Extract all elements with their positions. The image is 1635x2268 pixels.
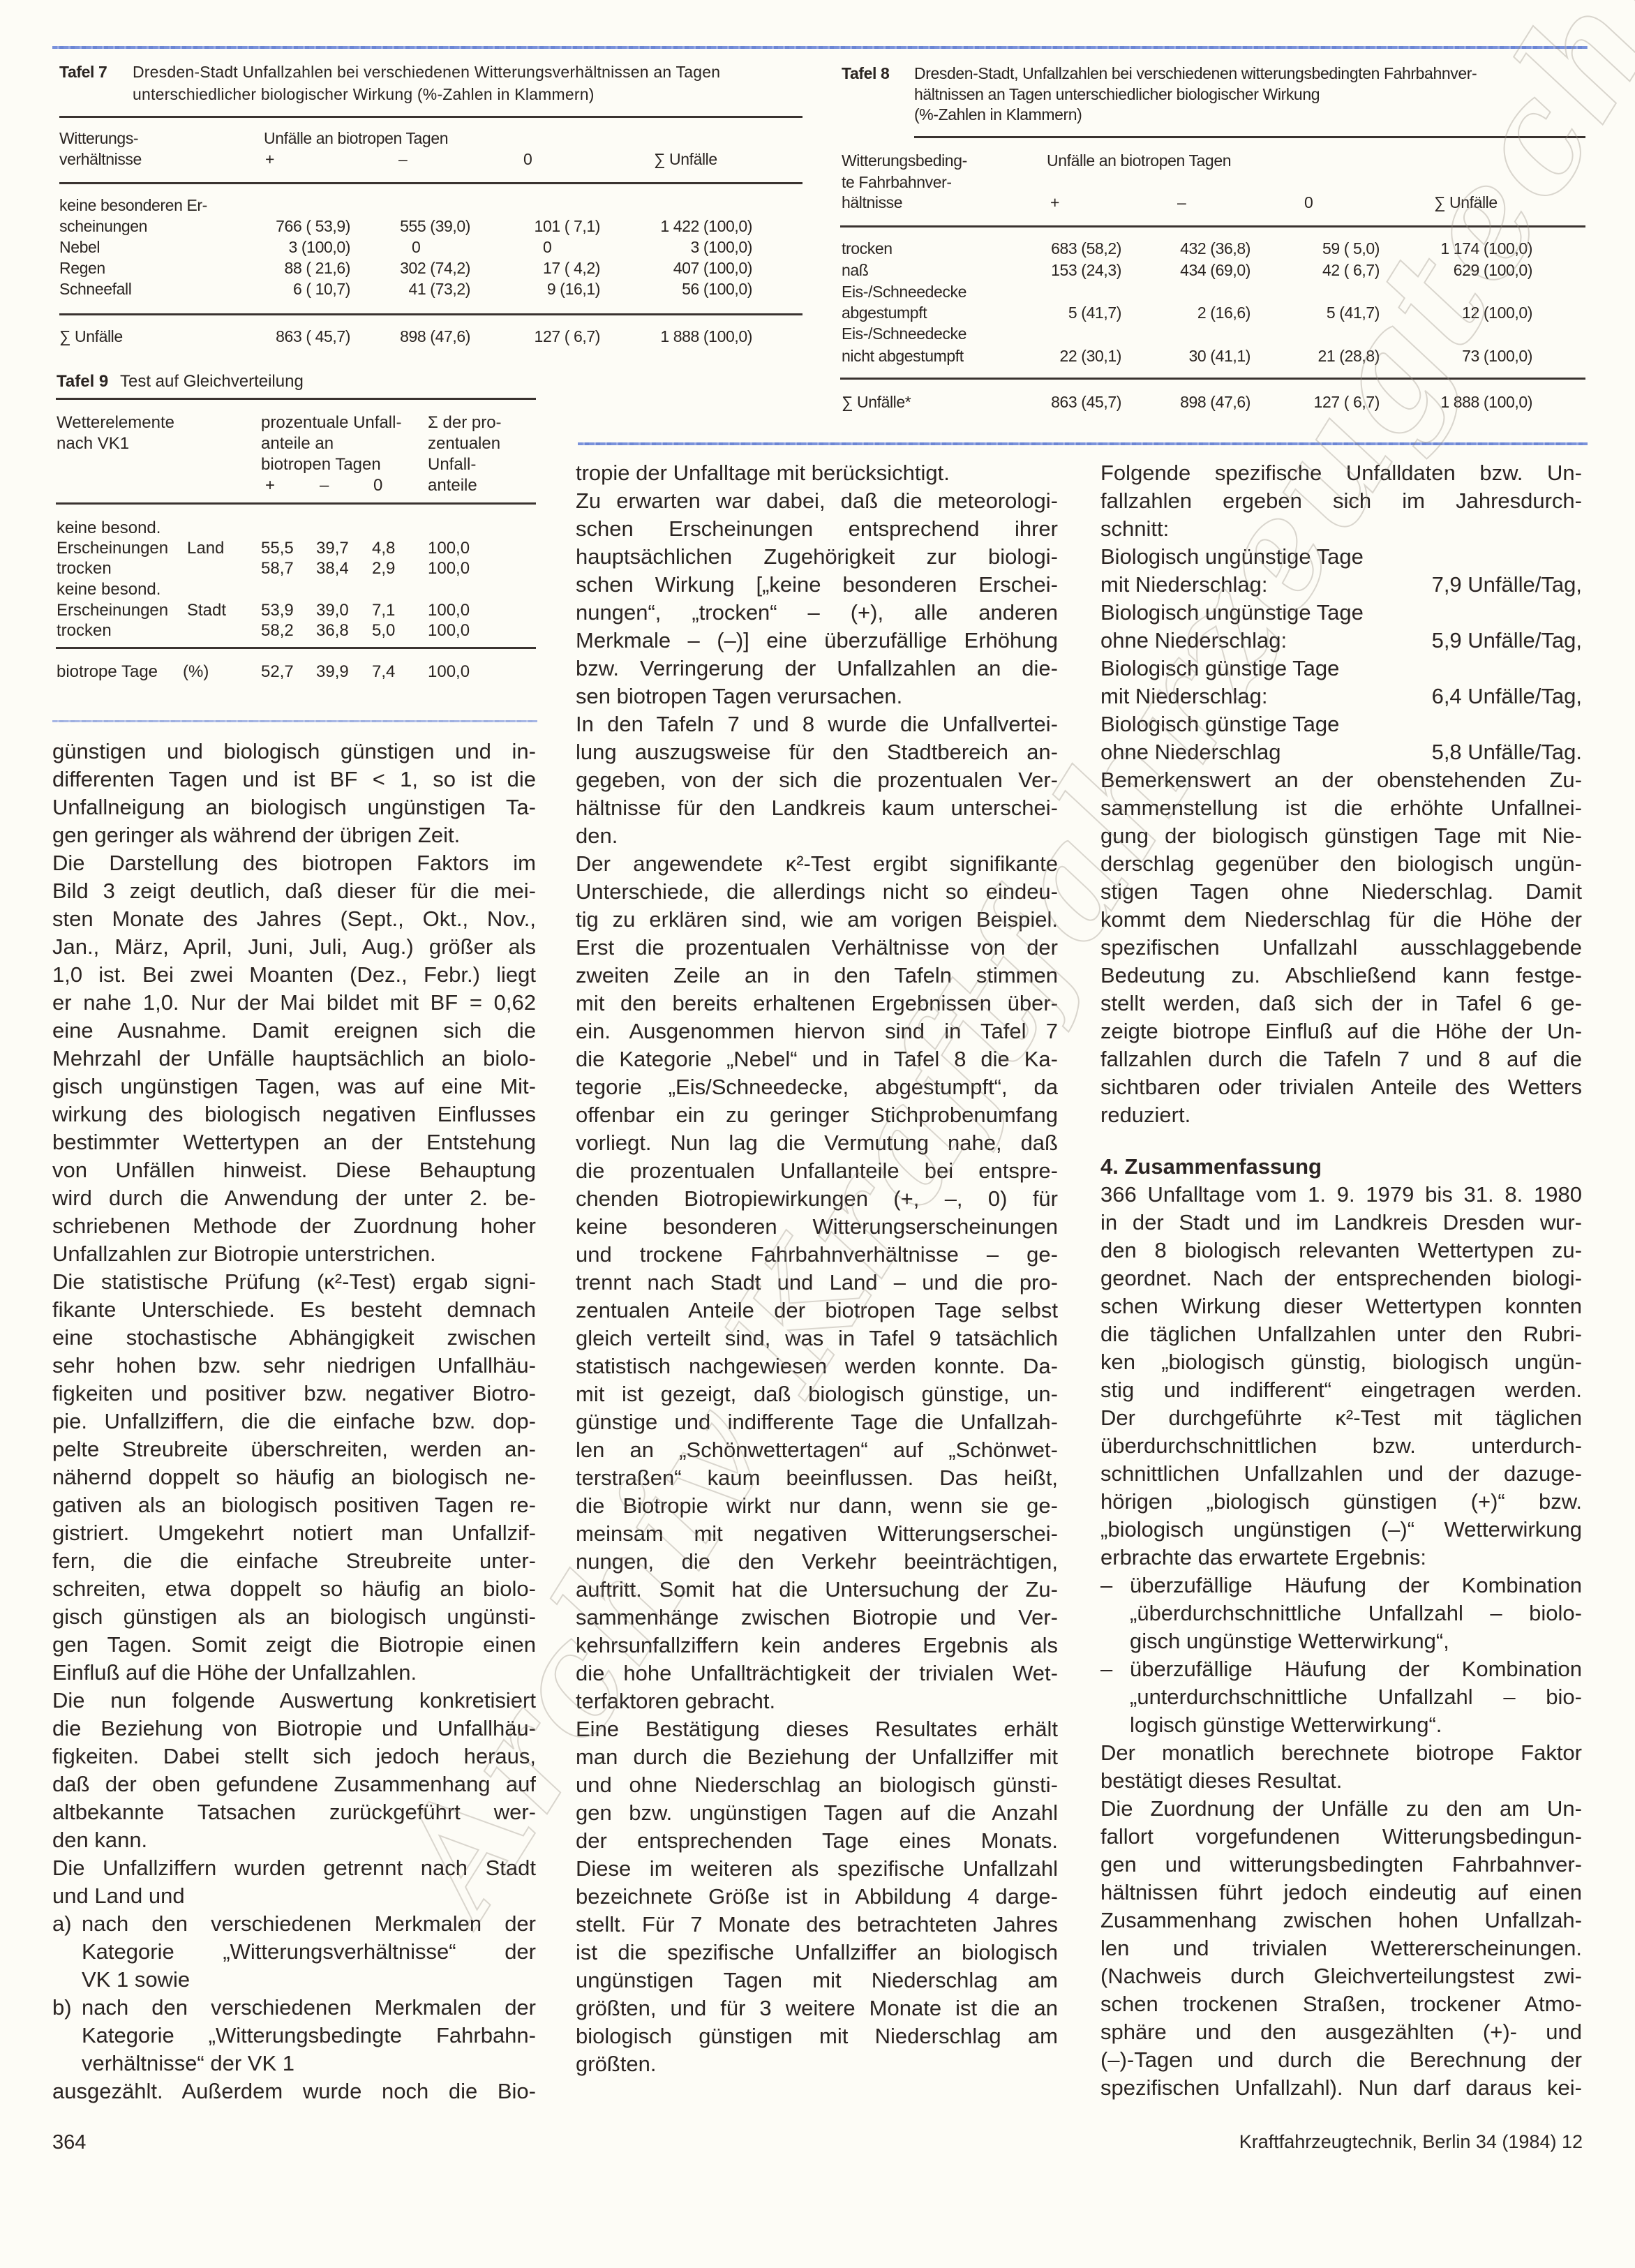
- text-line: Bedeutung zu. Abschließend kann festge-: [1100, 962, 1582, 990]
- text-line: terstraßen“ kaum beeinflussen. Das heißt…: [576, 1464, 1058, 1492]
- tafel9-row1-minus: 39,7: [316, 538, 349, 559]
- text-line: Unfallneigung an biologisch ungünstigen …: [52, 793, 536, 821]
- text-line: günstigen und biologisch günstigen und i…: [52, 738, 536, 766]
- tafel9-total-label: biotrope Tage: [57, 662, 158, 682]
- text-line: bestätigt dieses Resultat.: [1100, 1767, 1582, 1795]
- text-line: fern, die die einfache Streubreite unter…: [52, 1547, 536, 1575]
- text-line: offenbar ein zu geringer Stichprobenumfa…: [576, 1101, 1058, 1129]
- text-line: sehr hohen bzw. sehr niedrigen Unfallhäu…: [52, 1352, 536, 1380]
- list-item-text: Kategorie „Witterungsbedingte Fahrbahn-: [82, 2022, 536, 2050]
- tafel8-row2-plus: 153 (24,3): [1051, 260, 1121, 281]
- tafel9-header-col2-line3: biotropen Tagen: [261, 454, 381, 475]
- list-item-text: logisch günstige Wetterwirkung“.: [1130, 1711, 1582, 1739]
- tafel9-header-col1-line1: Wetterelemente: [57, 412, 174, 433]
- list-item-text: „unterdurchschnittliche Unfallzahl – bio…: [1130, 1683, 1582, 1711]
- text-line: gen geringer als während der übrigen Zei…: [52, 821, 536, 849]
- tafel7-row1-label1: keine besonderen Er-: [59, 195, 207, 216]
- rate-item-condition: mit Niederschlag:: [1100, 682, 1267, 710]
- tafel7-row4-plus: 6 ( 10,7): [293, 278, 350, 299]
- tafel7-label: Tafel 7: [59, 61, 107, 82]
- text-line: altbekannte Tatsachen zurückgeführt wer-: [52, 1798, 536, 1826]
- text-line: gen Tagen. Somit zeigt die Biotropie ein…: [52, 1631, 536, 1659]
- text-line: Merkmale – (–)] eine überzufällige Erhöh…: [576, 627, 1058, 655]
- tafel8-row1-zero: 59 ( 5,0): [1322, 238, 1380, 259]
- tafel7-row2-minus: 0: [412, 237, 420, 258]
- text-line: fallzahlen ergeben sich im Jahresdurch-: [1100, 487, 1582, 515]
- tafel9-row2-plus: 58,7: [261, 558, 294, 579]
- tafel9-row2-zero: 2,9: [372, 558, 395, 579]
- rate-item-label: Biologisch ungünstige Tage: [1100, 543, 1582, 571]
- text-line: tig zu erklären sind, wie am vorigen Bei…: [576, 906, 1058, 934]
- text-line: bestimmter Wettertypen an der Entstehung: [52, 1128, 536, 1156]
- tafel9-total-unit: (%): [183, 662, 209, 682]
- text-line: in der Stadt und im Landkreis Dresden wu…: [1100, 1209, 1582, 1237]
- tafel7-row2-sum: 3 (100,0): [691, 237, 752, 258]
- text-line: statistisch nachgewiesen werden konnte. …: [576, 1352, 1058, 1380]
- text-line: erbrachte das erwartete Ergebnis:: [1100, 1544, 1582, 1572]
- column-right-summary: 366 Unfalltage vom 1. 9. 1979 bis 31. 8.…: [1100, 1181, 1582, 2102]
- text-line: Folgende spezifische Unfalldaten bzw. Un…: [1100, 459, 1582, 487]
- list-marker: [52, 2050, 82, 2077]
- rate-item-condition: ohne Niederschlag:: [1100, 627, 1287, 655]
- tafel8-header-sum: ∑ Unfälle: [1434, 192, 1498, 213]
- tafel8-total-label: ∑ Unfälle*: [842, 391, 911, 412]
- tafel9-header-zero: 0: [373, 475, 382, 496]
- tafel7-total-label: ∑ Unfälle: [59, 326, 123, 347]
- rate-item-row: ohne Niederschlag 5,8 Unfälle/Tag.: [1100, 738, 1582, 766]
- tafel9-header-col2-line1: prozentuale Unfall-: [261, 412, 401, 433]
- text-line: ausgezählt. Außerdem wurde noch die Bio-: [52, 2077, 536, 2105]
- text-line: vorliegt. Nun lag die Vermutung nahe, da…: [576, 1129, 1058, 1157]
- list-marker: [1100, 1683, 1130, 1711]
- tafel8-row1-sum: 1 174 (100,0): [1440, 238, 1532, 259]
- tafel9-row1-zero: 4,8: [372, 538, 395, 559]
- tafel7-rule-top: [59, 116, 802, 118]
- tafel9-total-zero: 7,4: [372, 662, 395, 682]
- rate-item-value: 5,8 Unfälle/Tag.: [1373, 738, 1582, 766]
- tafel7-row4-label: Schneefall: [59, 278, 131, 299]
- tafel9-blue-rule: [52, 720, 537, 722]
- text-line: hauptsächlichen Zugehörigkeit zur biolog…: [576, 543, 1058, 571]
- tafel8-row4-label2: nicht abgestumpft: [842, 345, 964, 366]
- column-right: Folgende spezifische Unfalldaten bzw. Un…: [1100, 459, 1582, 2102]
- tafel9-row3-label1: keine besond.: [57, 579, 160, 600]
- rate-item-row: mit Niederschlag: 6,4 Unfälle/Tag,: [1100, 682, 1582, 710]
- tafel8-row3-zero: 5 (41,7): [1327, 302, 1380, 323]
- text-line: die Biotropie wirkt nur dann, wenn sie g…: [576, 1492, 1058, 1520]
- list-marker: a): [52, 1910, 82, 1938]
- rate-item-value: 6,4 Unfälle/Tag,: [1373, 682, 1582, 710]
- tafel9-row2-minus: 38,4: [316, 558, 349, 579]
- text-line: größten, und für 3 weitere Monate ist di…: [576, 1994, 1058, 2022]
- text-line: Die nun folgende Auswertung konkretisier…: [52, 1687, 536, 1715]
- tafel9-row1-label1: keine besond.: [57, 518, 160, 539]
- column-left: günstigen und biologisch günstigen und i…: [52, 738, 536, 2105]
- tafel7-row1-label2: scheinungen: [59, 216, 147, 237]
- journal-citation: Kraftfahrzeugtechnik, Berlin 34 (1984) 1…: [1239, 2131, 1583, 2153]
- tafel7-header-label1: Witterungs-: [59, 128, 138, 149]
- text-line: den kann.: [52, 1826, 536, 1854]
- tafel9-header-col3-line2: zentualen: [428, 433, 500, 454]
- text-line: gung der biologisch günstigen Tage mit N…: [1100, 822, 1582, 850]
- text-line: figkeiten. Dabei stellt sich jedoch hera…: [52, 1743, 536, 1770]
- list-marker: [52, 2022, 82, 2050]
- text-line: Kategorie „Witterungsbedingte Fahrbahn-: [52, 2022, 536, 2050]
- text-line: die prozentualen Unfallanteile bei entsp…: [576, 1157, 1058, 1185]
- text-line: pie. Unfallziffern, die die einfache bzw…: [52, 1408, 536, 1435]
- text-line: differenten Tagen und ist BF < 1, so ist…: [52, 766, 536, 793]
- tafel8-total-sum: 1 888 (100,0): [1440, 391, 1532, 412]
- text-line: ungünstigen Tagen mit Niederschlag am: [576, 1967, 1058, 1994]
- section-spacer: [1100, 1129, 1582, 1153]
- text-line: größten.: [576, 2050, 1058, 2078]
- text-line: Zusammenhang zwischen hohen Unfallzah-: [1100, 1907, 1582, 1934]
- text-line: nähernd doppelt so häufig an biologisch …: [52, 1463, 536, 1491]
- text-line: Jan., März, April, Juni, Juli, Aug.) grö…: [52, 933, 536, 961]
- list-item-text: nach den verschiedenen Merkmalen der: [82, 1994, 536, 2022]
- tafel9-rule-mid: [56, 502, 536, 505]
- text-line: gen bzw. ungünstigen Tagen auf die Anzah…: [576, 1799, 1058, 1827]
- text-line: keine besonderen Witterungserscheinungen: [576, 1213, 1058, 1241]
- rate-item-label: Biologisch günstige Tage: [1100, 710, 1582, 738]
- text-line: ist die spezifische Unfallziffer an biol…: [576, 1939, 1058, 1967]
- tafel9-header-col3-line4: anteile: [428, 475, 477, 496]
- tafel8-row1-label: trocken: [842, 238, 893, 259]
- text-line: „unterdurchschnittliche Unfallzahl – bio…: [1100, 1683, 1582, 1711]
- top-blue-rule: [52, 46, 1588, 49]
- text-line: nungen, die den Verkehr beeinträchtigen,: [576, 1548, 1058, 1576]
- tafel8-total-minus: 898 (47,6): [1180, 391, 1250, 412]
- tafel9-row4-label: trocken: [57, 620, 112, 641]
- column-left-text: günstigen und biologisch günstigen und i…: [52, 738, 536, 2105]
- text-line: man durch die Beziehung der Unfallziffer…: [576, 1743, 1058, 1771]
- list-marker: –: [1100, 1572, 1130, 1599]
- text-line: von Unfällen hinweist. Diese Behauptung: [52, 1156, 536, 1184]
- tafel9-row1-sum: 100,0: [428, 538, 470, 559]
- text-line: Der angewendete κ²-Test ergibt signifika…: [576, 850, 1058, 878]
- tafel8-row2-sum: 629 (100,0): [1454, 260, 1532, 281]
- tafel8-header-plus: +: [1050, 192, 1059, 213]
- tafel8-header-minus: –: [1177, 192, 1186, 213]
- text-line: trennt nach Stadt und Land – und die pro…: [576, 1269, 1058, 1297]
- text-line: reduziert.: [1100, 1101, 1582, 1129]
- tafel8-rule-top: [914, 136, 1585, 138]
- text-line: zweiten Zeile an in den Tafeln stimmen: [576, 962, 1058, 990]
- tafel9-row2-label: trocken: [57, 558, 112, 579]
- text-line: „biologisch ungünstigen (–)“ Wetterwirku…: [1100, 1516, 1582, 1544]
- tafel9-header-col3-line1: Σ der pro-: [428, 412, 502, 433]
- text-line: sammenstellung ist die erhöhte Unfallnei…: [1100, 794, 1582, 822]
- tafel8-header-label1: Witterungsbeding-: [842, 150, 967, 171]
- tafel9-total-plus: 52,7: [261, 662, 294, 682]
- text-line: Die Darstellung des biotropen Faktors im: [52, 849, 536, 877]
- rate-item-value: 7,9 Unfälle/Tag,: [1373, 571, 1582, 599]
- text-line: kommt dem Niederschlag für die Höhe der: [1100, 906, 1582, 934]
- tafel8-row2-zero: 42 ( 6,7): [1322, 260, 1380, 281]
- tafel7-rule-bottom: [59, 313, 802, 315]
- text-line: verhältnisse“ der VK 1: [52, 2050, 536, 2077]
- text-line: Unfallzahlen zur Biotropie unterstrichen…: [52, 1240, 536, 1268]
- text-line: wird durch die Anwendung der unter 2. be…: [52, 1184, 536, 1212]
- text-line: stig und indifferent“ eingetragen werden…: [1100, 1376, 1582, 1404]
- text-line: In den Tafeln 7 und 8 wurde die Unfallve…: [576, 710, 1058, 738]
- tafel7-row4-sum: 56 (100,0): [682, 278, 752, 299]
- text-line: mit den bereits erhaltenen Ergebnissen ü…: [576, 990, 1058, 1017]
- text-line: fikante Unterschiede. Es besteht demnach: [52, 1296, 536, 1324]
- text-line: stellt werden, daß sich der in Tafel 6 g…: [1100, 990, 1582, 1017]
- text-line: die täglichen Unfallzahlen unter den Rub…: [1100, 1320, 1582, 1348]
- text-line: auftritt. Somit hat die Untersuchung der…: [576, 1576, 1058, 1604]
- tafel8-header-zero: 0: [1304, 192, 1313, 213]
- text-line: sen biotropen Tagen verursachen.: [576, 682, 1058, 710]
- rate-item: Biologisch günstige Tage mit Niederschla…: [1100, 655, 1582, 710]
- tafel8-row4-sum: 73 (100,0): [1462, 345, 1532, 366]
- list-item-text: nach den verschiedenen Merkmalen der: [82, 1910, 536, 1938]
- tafel9-header-col2-line2: anteile an: [261, 433, 334, 454]
- text-line: und Land und: [52, 1882, 536, 1910]
- text-line: gativen als an biologisch positiven Tage…: [52, 1491, 536, 1519]
- tafel9-row4-minus: 36,8: [316, 620, 349, 641]
- text-line: (–)-Tagen und durch die Berechnung der: [1100, 2046, 1582, 2074]
- tafel9-header-col3-line3: Unfall-: [428, 454, 476, 475]
- text-line: fallort vorgefundenen Witterungsbedingun…: [1100, 1823, 1582, 1851]
- tafel7-row2-plus: 3 (100,0): [289, 237, 350, 258]
- list-item-text: Kategorie „Witterungsverhältnisse“ der: [82, 1938, 536, 1966]
- text-line: Die Zuordnung der Unfälle zu den am Un-: [1100, 1795, 1582, 1823]
- tafel9-header-plus: +: [265, 475, 275, 496]
- text-line: Einfluß auf die Höhe der Unfallzahlen.: [52, 1659, 536, 1687]
- tafel8-row2-minus: 434 (69,0): [1180, 260, 1250, 281]
- text-line: schnittlichen Unfallzahlen und der dazug…: [1100, 1460, 1582, 1488]
- text-line: schen Erscheinungen entsprechend ihrer: [576, 515, 1058, 543]
- text-line: chenden Biotropiewirkungen (+, –, 0) für: [576, 1185, 1058, 1213]
- tafel8-row1-plus: 683 (58,2): [1051, 238, 1121, 259]
- text-line: zeigte biotrope Einfluß auf die Höhe der…: [1100, 1017, 1582, 1045]
- tafel8-header-label2: te Fahrbahnver-: [842, 172, 952, 193]
- column-middle: tropie der Unfalltage mit berücksichtigt…: [576, 459, 1058, 2078]
- text-line: Bemerkenswert an der obenstehenden Zu-: [1100, 766, 1582, 794]
- list-marker: b): [52, 1994, 82, 2022]
- rate-item-condition: ohne Niederschlag: [1100, 738, 1281, 766]
- list-item-text: überzufällige Häufung der Kombination: [1130, 1655, 1582, 1683]
- tafel9-total-sum: 100,0: [428, 662, 470, 682]
- tafel7-header-zero: 0: [523, 149, 532, 170]
- text-line: zentualen Anteile der biotropen Tage sel…: [576, 1297, 1058, 1325]
- tafel9-total-minus: 39,9: [316, 662, 349, 682]
- tafel7-caption-line2: unterschiedlicher biologischer Wirkung (…: [133, 84, 595, 105]
- tafel9-row3-minus: 39,0: [316, 600, 349, 621]
- text-line: sammenhänge zwischen Biotropie und Ver-: [576, 1604, 1058, 1632]
- text-line: sphäre und den ausgezählten (+)- und: [1100, 2018, 1582, 2046]
- tafel7-row3-plus: 88 ( 21,6): [285, 258, 350, 278]
- tafel8-label: Tafel 8: [842, 63, 889, 84]
- tafel9-row1-region: Land: [187, 538, 224, 559]
- tafel8-row4-minus: 30 (41,1): [1189, 345, 1250, 366]
- page-number: 364: [52, 2131, 86, 2154]
- tafel8-row1-minus: 432 (36,8): [1180, 238, 1250, 259]
- tafel9-row3-plus: 53,9: [261, 600, 294, 621]
- list-item-text: gisch ungünstige Wetterwirkung“,: [1130, 1627, 1582, 1655]
- tafel7-row2-label: Nebel: [59, 237, 100, 258]
- column-right-intro: Folgende spezifische Unfalldaten bzw. Un…: [1100, 459, 1582, 543]
- text-line: gen und witterungsbedingten Fahrbahnver-: [1100, 1851, 1582, 1879]
- tafel9-row2-sum: 100,0: [428, 558, 470, 579]
- text-line: Diese im weiteren als spezifische Unfall…: [576, 1855, 1058, 1883]
- specific-rates-list: Biologisch ungünstige Tage mit Niedersch…: [1100, 543, 1582, 766]
- tafel9-row3-label2: Erscheinungen: [57, 600, 168, 621]
- text-line: Die statistische Prüfung (κ²-Test) ergab…: [52, 1268, 536, 1296]
- text-line: Mehrzahl der Unfälle hauptsächlich an bi…: [52, 1045, 536, 1073]
- text-line: die Kategorie „Nebel“ und in Tafel 8 die…: [576, 1045, 1058, 1073]
- list-marker: –: [1100, 1655, 1130, 1683]
- text-line: –überzufällige Häufung der Kombination: [1100, 1655, 1582, 1683]
- text-line: VK 1 sowie: [52, 1966, 536, 1994]
- list-item-text: überzufällige Häufung der Kombination: [1130, 1572, 1582, 1599]
- text-line: Eine Bestätigung dieses Resultates erhäl…: [576, 1715, 1058, 1743]
- text-line: Bild 3 zeigt deutlich, daß dieser für di…: [52, 877, 536, 905]
- text-line: Die Unfallziffern wurden getrennt nach S…: [52, 1854, 536, 1882]
- text-line: lung auszugsweise für den Stadtbereich a…: [576, 738, 1058, 766]
- tafel8-row3-plus: 5 (41,7): [1068, 302, 1121, 323]
- text-line: den.: [576, 822, 1058, 850]
- text-line: eine stochastische Abhängigkeit zwischen: [52, 1324, 536, 1352]
- text-line: hältnisse für den Landkreis kaum untersc…: [576, 794, 1058, 822]
- tafel7-header-sum: ∑ Unfälle: [654, 149, 717, 170]
- column-right-discussion: Bemerkenswert an der obenstehenden Zu-sa…: [1100, 766, 1582, 1129]
- tafel8-total-zero: 127 ( 6,7): [1314, 391, 1380, 412]
- text-line: schen Wirkung dieser Wettertypen konnten: [1100, 1292, 1582, 1320]
- text-line: daß der oben gefundene Zusammenhang auf: [52, 1770, 536, 1798]
- tafel8-row3-sum: 12 (100,0): [1462, 302, 1532, 323]
- tafel8-row4-zero: 21 (28,8): [1318, 345, 1380, 366]
- tafel7-row3-sum: 407 (100,0): [673, 258, 752, 278]
- rate-item: Biologisch günstige Tage ohne Niederschl…: [1100, 710, 1582, 766]
- tafel8-rule-mid: [840, 225, 1585, 227]
- tafel9-row4-sum: 100,0: [428, 620, 470, 641]
- tafel7-row4-zero: 9 (16,1): [547, 278, 600, 299]
- text-line: terfaktoren gebracht.: [576, 1687, 1058, 1715]
- tafel7-row1-minus: 555 (39,0): [400, 216, 470, 237]
- text-line: mit ist gezeigt, daß biologisch günstige…: [576, 1380, 1058, 1408]
- tafel9-rule-top: [56, 398, 536, 400]
- tafel7-row1-sum: 1 422 (100,0): [660, 216, 752, 237]
- middle-blue-rule: [578, 442, 1588, 445]
- tafel7-total-zero: 127 ( 6,7): [535, 326, 600, 347]
- text-line: tropie der Unfalltage mit berücksichtigt…: [576, 459, 1058, 487]
- text-line: fallzahlen durch die Tafeln 7 und 8 auf …: [1100, 1045, 1582, 1073]
- tafel9-row3-zero: 7,1: [372, 600, 395, 621]
- text-line: spezifischen Unfallzahl). Nun darf darau…: [1100, 2074, 1582, 2102]
- text-line: schen Wirkung [„keine besonderen Erschei…: [576, 571, 1058, 599]
- text-line: Erst die prozentualen Verhältnisse von d…: [576, 934, 1058, 962]
- text-line: schreiten, etwa doppelt so häufig an bio…: [52, 1575, 536, 1603]
- text-line: pelte Streubreite überschreiten, werden …: [52, 1435, 536, 1463]
- text-line: len an „Schönwettertagen“ auf „Schönwet-: [576, 1436, 1058, 1464]
- text-line: nungen“, „trocken“ – (+), alle anderen: [576, 599, 1058, 627]
- text-line: gegeben, von der sich die prozentualen V…: [576, 766, 1058, 794]
- tafel9-header-minus: –: [320, 475, 329, 496]
- text-line: figkeiten und positiver bzw. negativer B…: [52, 1380, 536, 1408]
- tafel8-caption-line2: hältnissen an Tagen unterschiedlicher bi…: [914, 84, 1320, 105]
- tafel9-row4-zero: 5,0: [372, 620, 395, 641]
- text-line: „überdurchschnittliche Unfallzahl – biol…: [1100, 1599, 1582, 1627]
- list-item-text: VK 1 sowie: [82, 1966, 536, 1994]
- tafel7-row3-label: Regen: [59, 258, 105, 278]
- tafel7-caption-line1: Dresden-Stadt Unfallzahlen bei verschied…: [133, 61, 720, 82]
- tafel9-row1-label2: Erscheinungen: [57, 538, 168, 559]
- column-middle-text: tropie der Unfalltage mit berücksichtigt…: [576, 459, 1058, 2078]
- rate-item-value: 5,9 Unfälle/Tag,: [1373, 627, 1582, 655]
- text-line: schen trockenen Straßen, trockener Atmo-: [1100, 1990, 1582, 2018]
- tafel9-rule-bottom: [56, 647, 536, 649]
- tafel9-row3-region: Stadt: [187, 600, 226, 621]
- text-line: tegorie „Eis/Schneedecke, abgestumpft“, …: [576, 1073, 1058, 1101]
- rate-item-label: Biologisch ungünstige Tage: [1100, 599, 1582, 627]
- tafel7-header-plus: +: [265, 149, 274, 170]
- text-line: und trockene Fahrbahnverhältnisse – ge-: [576, 1241, 1058, 1269]
- tafel8-row2-label: naß: [842, 260, 868, 281]
- text-line: gistriert. Umgekehrt notiert man Unfallz…: [52, 1519, 536, 1547]
- text-line: biologisch günstigen mit Niederschlag am: [576, 2022, 1058, 2050]
- tafel7-total-sum: 1 888 (100,0): [660, 326, 752, 347]
- text-line: spezifischen Unfallzahl ausschlaggebende: [1100, 934, 1582, 962]
- text-line: stigen Tagen ohne Niederschlag. Damit: [1100, 878, 1582, 906]
- tafel8-caption-line1: Dresden-Stadt, Unfallzahlen bei verschie…: [914, 63, 1477, 84]
- text-line: den 8 biologisch relevanten Wettertypen …: [1100, 1237, 1582, 1264]
- tafel7-header-minus: –: [398, 149, 407, 170]
- text-line: 366 Unfalltage vom 1. 9. 1979 bis 31. 8.…: [1100, 1181, 1582, 1209]
- text-line: bzw. Verringerung der Unfallzahlen an di…: [576, 655, 1058, 682]
- text-line: schnitt:: [1100, 515, 1582, 543]
- text-line: kehrsunfallziffern kein anderes Ergebnis…: [576, 1632, 1058, 1659]
- text-line: bezeichnete Größe ist in Abbildung 4 dar…: [576, 1883, 1058, 1911]
- text-line: geordnet. Nach der entsprechenden biolog…: [1100, 1264, 1582, 1292]
- text-line: schriebenen Methode der Zuordnung hoher: [52, 1212, 536, 1240]
- tafel7-row1-plus: 766 ( 53,9): [276, 216, 350, 237]
- list-marker: [52, 1966, 82, 1994]
- text-line: b)nach den verschiedenen Merkmalen der: [52, 1994, 536, 2022]
- text-line: ein. Ausgenommen hiervon sind in Tafel 7: [576, 1017, 1058, 1045]
- text-line: gisch ungünstigen Tagen, was auf eine Mi…: [52, 1073, 536, 1101]
- section-heading-zusammenfassung: 4. Zusammenfassung: [1100, 1153, 1582, 1181]
- text-line: gisch günstigen als an biologisch ungüns…: [52, 1603, 536, 1631]
- tafel7-row4-minus: 41 (73,2): [409, 278, 470, 299]
- list-marker: [1100, 1599, 1130, 1627]
- text-line: Zu erwarten war dabei, daß die meteorolo…: [576, 487, 1058, 515]
- list-item-text: „überdurchschnittliche Unfallzahl – biol…: [1130, 1599, 1582, 1627]
- text-line: eine Ausnahme. Damit ereignen sich die: [52, 1017, 536, 1045]
- rate-item: Biologisch ungünstige Tage ohne Niedersc…: [1100, 599, 1582, 655]
- rate-item-row: ohne Niederschlag: 5,9 Unfälle/Tag,: [1100, 627, 1582, 655]
- text-line: die hohe Unfallträchtigkeit der triviale…: [576, 1659, 1058, 1687]
- tafel9-label: Tafel 9: [57, 371, 108, 392]
- tafel7-rule-mid: [59, 182, 802, 184]
- tafel8-caption-line3: (%-Zahlen in Klammern): [914, 104, 1082, 125]
- text-line: die Beziehung von Biotropie und Unfallhä…: [52, 1715, 536, 1743]
- tafel7-header-group: Unfälle an biotropen Tagen: [264, 128, 448, 149]
- tafel8-row3-label1: Eis-/Schneedecke: [842, 281, 966, 302]
- tafel8-header-label3: hältnisse: [842, 192, 902, 213]
- tafel9-row3-sum: 100,0: [428, 600, 470, 621]
- tafel7-row2-zero: 0: [543, 237, 551, 258]
- tafel8-rule-bottom: [840, 378, 1585, 380]
- tafel8-row3-label2: abgestumpft: [842, 302, 927, 323]
- tafel9-row4-plus: 58,2: [261, 620, 294, 641]
- text-line: günstige und indifferente Tage die Unfal…: [576, 1408, 1058, 1436]
- tafel7-total-plus: 863 ( 45,7): [276, 326, 350, 347]
- text-line: überdurchschnittlichen bzw. unterdurch-: [1100, 1432, 1582, 1460]
- text-line: 1,0 ist. Bei zwei Moanten (Dez., Febr.) …: [52, 961, 536, 989]
